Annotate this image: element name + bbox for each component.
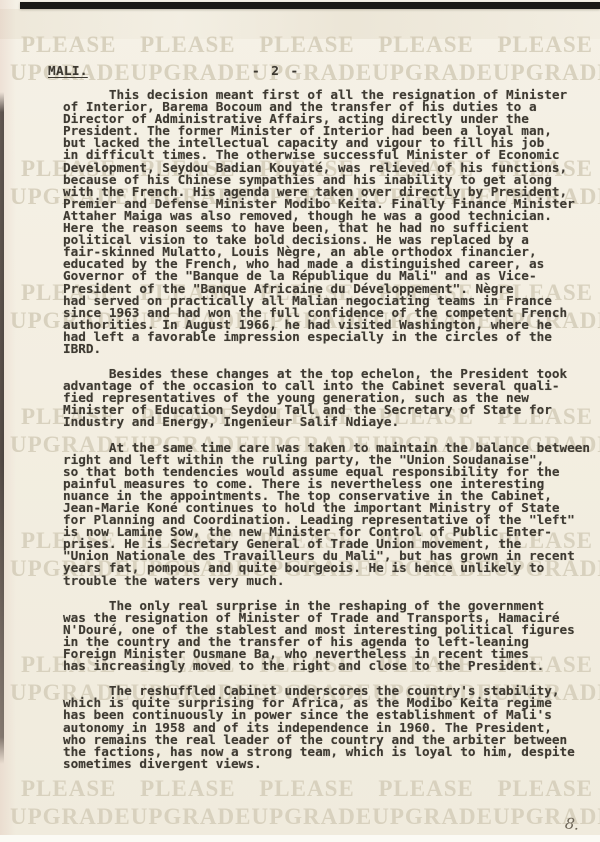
page-number: - 2 - (252, 63, 300, 78)
watermark-word: UPGRADE (10, 805, 131, 829)
handwritten-page-note: 8. (564, 814, 580, 834)
scan-edge-left (0, 92, 4, 764)
scan-edge-bottom (0, 835, 600, 842)
watermark-word: UPGRADE (251, 805, 372, 829)
watermark-row: UPGRADEUPGRADEUPGRADEUPGRADEUPGRADE (10, 805, 595, 829)
paragraph: Besides these changes at the top echelon… (63, 368, 583, 428)
scan-edge-top (20, 2, 600, 9)
paragraph: The only real surprise in the reshaping … (63, 600, 583, 673)
scanned-document-page: PLEASEPLEASEPLEASEPLEASEPLEASEUPGRADEUPG… (0, 0, 600, 842)
document-body: This decision meant first of all the res… (63, 89, 583, 783)
watermark-word: UPGRADE (372, 805, 493, 829)
document-title: MALI. (48, 63, 88, 78)
paragraph: The reshuffled Cabinet underscores the c… (63, 685, 583, 770)
watermark-word: UPGRADE (493, 805, 600, 829)
paragraph: At the same time care was taken to maint… (63, 442, 583, 587)
scan-shading-top (0, 9, 600, 39)
watermark-word: UPGRADE (131, 805, 252, 829)
page-header: MALI. - 2 - (48, 63, 580, 79)
paragraph: This decision meant first of all the res… (63, 89, 583, 355)
